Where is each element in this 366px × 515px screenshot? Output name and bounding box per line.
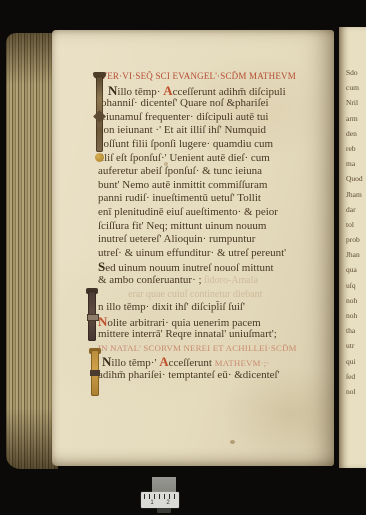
facing-text-fragment: den [346,126,366,141]
text-line: mittere interrā' Reqre innatal' uniuſmar… [98,328,330,342]
facing-text-fragment: tol [346,217,366,232]
text-line: inutreſ uetereſ' Alioquin· rumpuntur [98,233,330,247]
manuscript-page: FER·VI·SEQ̄ SCI EVANGEL'·SCD̄M MATHEVMNi… [52,30,334,466]
text-line: illiſ eſt ſponſuſ·' Uenient autē dieſ· c… [98,152,330,166]
text-segment: IN NATAL' SCORVM NEREI ET ACHILLEI·SCD̄M [98,343,297,353]
facing-text-fragment: nol [346,384,366,399]
text-segment: erar quae cuiuſ continetur diebant [128,289,262,300]
text-segment: MATHEVM·;· [215,358,270,368]
initial-band [90,370,100,376]
facing-text-fragment: utr [346,338,366,353]
facing-text-fragment: tha [346,323,366,338]
book-leaf-edges [6,33,58,469]
facing-text-column: SdocumNrilarmdenrebmaQuodJhamdartolprobJ… [346,65,366,399]
text-line: & ambo conſeruantur· ; ſidoro-Amala [98,274,330,288]
facing-text-fragment: ma [346,156,366,171]
facing-text-fragment: Sdo [346,65,366,80]
text-line: Nillo tēmp·' Acceſſerunt MATHEVM·;· [98,355,330,369]
text-line: iohanniſ· dicenteſ' Quare noſ &phariſei [98,97,330,111]
text-segment: cceſſerunt [169,357,215,369]
text-segment: N [108,83,117,98]
text-segment: A [159,354,168,369]
facing-text-fragment: uſq [346,278,366,293]
illuminated-initial-I-top [93,72,107,162]
text-line: utreſ· & uinum effunditur· & utreſ pereu… [98,247,330,261]
illuminated-initial-I-bottom [89,348,102,398]
text-line: IN NATAL' SCORVM NEREI ET ACHILLEI·SCD̄M [98,342,330,356]
text-line: poſſunt filii ſponſi lugere· quamdiu cum [98,138,330,152]
text-line: n illo tēmp· dixit ihſ' diſcipl̄iſ ſuiſ' [98,301,330,315]
text-line: panni rudiſ· inueſtimentū uetuſ' Tollit [98,192,330,206]
facing-text-fragment: ſed [346,369,366,384]
initial-gold-finial [95,153,104,162]
text-segment: FER·VI·SEQ̄ SCI EVANGEL'·SCD̄M MATHEVM [102,71,296,81]
text-segment: n illo tēmp· dixit ihſ' diſcipl̄iſ ſuiſ' [98,301,245,313]
text-segment: bunt' Nemo autē inmittit commiſſuram [98,179,267,191]
ruler-stand [157,508,171,513]
text-line: non ieiunant ·' Et ait illiſ ihſ' Numqui… [98,124,330,138]
text-segment: adihm̄ phariſei· temptanteſ eū· &dicente… [98,369,280,381]
facing-text-fragment: cum [346,80,366,95]
text-segment: ed uinum nouum inutreſ nouoſ mittunt [105,262,273,274]
text-line: adihm̄ phariſei· temptanteſ eū· &dicente… [98,369,330,383]
facing-text-fragment: qui [346,354,366,369]
illuminated-initial-I-middle [86,288,99,344]
facing-text-fragment: Nril [346,95,366,110]
facing-text-fragment: arm [346,111,366,126]
text-line: enī plenitudinē eiuſ aueſtimento· & peio… [98,206,330,220]
text-segment: utreſ· & uinum effunditur· & utreſ pereu… [98,247,286,259]
text-line: FER·VI·SEQ̄ SCI EVANGEL'·SCD̄M MATHEVM [98,70,330,84]
facing-text-fragment: Jhan [346,247,366,262]
text-line: erar quae cuiuſ continetur diebant [98,288,330,302]
text-segment: mittere interrā' Reqre innatal' uniuſmar… [98,328,277,340]
text-line: ieiunamuſ frequenter· diſcipuli autē tui [98,111,330,125]
text-segment: auferetur abeiſ ſponſuſ· & tunc ieiuna [98,165,262,177]
text-segment: N [102,354,111,369]
text-segment: & ambo conſeruantur· ; [98,274,202,286]
text-segment: ſidoro-Amala [202,275,258,286]
text-segment: iohanniſ· dicenteſ' Quare noſ &phariſei [98,97,269,109]
ruler-label: 2 [166,499,169,507]
text-segment: ſciſſura fit' Neq; mittunt uinum nouum [98,220,267,232]
text-segment: ieiunamuſ frequenter· diſcipuli autē tui [98,111,268,123]
ruler-labels: 1 2 [144,499,176,507]
text-line: bunt' Nemo autē inmittit commiſſuram [98,179,330,193]
facing-text-fragment: noh [346,308,366,323]
text-line: Nillo tēmp· Acceſſerunt adihm̄ diſcipuli [98,84,330,98]
ruler-label: 1 [150,499,153,507]
text-segment: illo tēmp· [117,86,163,98]
facing-text-fragment: prob [346,232,366,247]
text-block: FER·VI·SEQ̄ SCI EVANGEL'·SCD̄M MATHEVMNi… [98,70,330,383]
text-segment: A [163,83,172,98]
facing-text-fragment: dar [346,202,366,217]
text-segment: olite arbitrari· quia uenerim pacem [107,317,260,329]
parchment-stain [230,440,235,444]
text-segment: enī plenitudinē eiuſ aueſtimento· & peio… [98,206,278,218]
initial-band [87,314,99,321]
facing-text-fragment: qua [346,262,366,277]
text-line: auferetur abeiſ ſponſuſ· & tunc ieiuna [98,165,330,179]
text-segment: illo tēmp·' [111,357,159,369]
facing-text-fragment: Jham [346,187,366,202]
text-line: ſciſſura fit' Neq; mittunt uinum nouum [98,220,330,234]
photo-scale-ruler: 1 2 [141,492,179,508]
text-segment: N [98,314,107,329]
manuscript-photo: FER·VI·SEQ̄ SCI EVANGEL'·SCD̄M MATHEVMNi… [0,0,366,515]
text-segment: poſſunt filii ſponſi lugere· quamdiu cum [98,138,273,150]
text-line: Sed uinum nouum inutreſ nouoſ mittunt [98,260,330,274]
facing-text-fragment: noh [346,293,366,308]
facing-text-fragment: Quod [346,171,366,186]
facing-text-fragment: reb [346,141,366,156]
text-segment: inutreſ uetereſ' Alioquin· rumpuntur [98,233,255,245]
text-segment: cceſſerunt adihm̄ diſcipuli [173,86,286,98]
text-segment: illiſ eſt ſponſuſ·' Uenient autē dieſ· c… [98,152,270,164]
text-segment: panni rudiſ· inueſtimentū uetuſ' Tollit [98,192,261,204]
facing-page-sliver: SdocumNrilarmdenrebmaQuodJhamdartolprobJ… [339,27,366,468]
text-segment: non ieiunant ·' Et ait illiſ ihſ' Numqui… [98,124,266,136]
text-line: Nolite arbitrari· quia uenerim pacem [98,315,330,329]
